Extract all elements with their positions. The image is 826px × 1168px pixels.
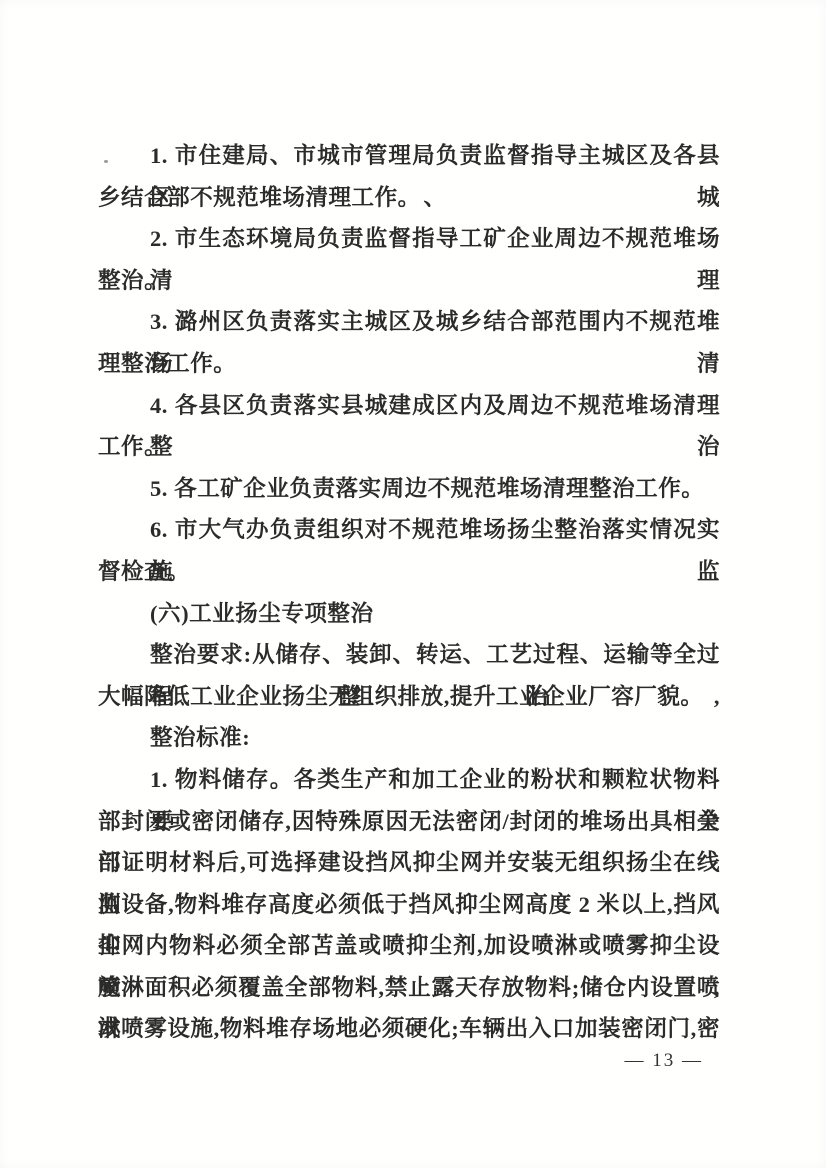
scanned-document-page: 1. 市住建局、市城市管理局负责监督指导主城区及各县区、城乡结合部不规范堆场清理… — [0, 0, 826, 1168]
text-line-item6-line1: 6. 市大气办负责组织对不规范堆场扬尘整治落实情况实施监 — [98, 509, 720, 551]
bold-segment: (六)工业扬尘专项整治 — [150, 601, 374, 626]
text-segment: 6. 市大气办负责组织对不规范堆场扬尘整治落实情况实施监 — [150, 517, 720, 584]
text-line-standard1-line3: 门证明材料后,可选择建设挡风抑尘网并安装无组织扬尘在线监 — [98, 842, 720, 884]
text-line-standard1-line2: 部封闭或密闭储存,因特殊原因无法密闭/封闭的堆场出具相关部 — [98, 801, 720, 843]
text-segment: 理整治工作。 — [98, 351, 236, 376]
bold-segment: 整治要求: — [150, 642, 252, 667]
text-segment: 或喷雾设施,物料堆存场地必须硬化;车辆出入口加装密闭门,密 — [98, 1016, 720, 1041]
text-segment: 4. 各县区负责落实县城建成区内及周边不规范堆场清理整治 — [150, 393, 720, 460]
text-segment: 5. 各工矿企业负责落实周边不规范堆场清理整治工作。 — [150, 476, 704, 501]
text-line-standard1-line1: 1. 物料储存。各类生产和加工企业的粉状和颗粒状物料要全 — [98, 759, 720, 801]
text-segment: 整治。 — [98, 268, 167, 293]
text-line-requirement-line1: 整治要求:从储存、装卸、转运、工艺过程、运输等全过程整治, — [98, 634, 720, 676]
text-line-standard1-line6: 喷淋面积必须覆盖全部物料,禁止露天存放物料;储仓内设置喷淋 — [98, 967, 720, 1009]
text-line-section-heading: (六)工业扬尘专项整治 — [98, 593, 720, 635]
text-segment: 督检查。 — [98, 559, 190, 584]
text-segment: 乡结合部不规范堆场清理工作。 — [98, 185, 421, 210]
text-line-standard1-line4: 测设备,物料堆存高度必须低于挡风抑尘网高度 2 米以上,挡风抑 — [98, 884, 720, 926]
text-segment: 工作。 — [98, 434, 167, 459]
text-line-standard-heading: 整治标准: — [98, 717, 720, 759]
text-line-requirement-line2: 大幅降低工业企业扬尘无组织排放,提升工业企业厂容厂貌。 — [98, 676, 720, 718]
text-line-item4-line1: 4. 各县区负责落实县城建成区内及周边不规范堆场清理整治 — [98, 385, 720, 427]
page-number: — 13 — — [625, 1050, 704, 1072]
document-body: 1. 市住建局、市城市管理局负责监督指导主城区及各县区、城乡结合部不规范堆场清理… — [98, 135, 720, 1050]
text-segment: 2. 市生态环境局负责监督指导工矿企业周边不规范堆场清理 — [150, 226, 720, 293]
text-line-item2-line1: 2. 市生态环境局负责监督指导工矿企业周边不规范堆场清理 — [98, 218, 720, 260]
text-line-item5-line1: 5. 各工矿企业负责落实周边不规范堆场清理整治工作。 — [98, 468, 720, 510]
text-segment: 大幅降低工业企业扬尘无组织排放,提升工业企业厂容厂貌。 — [98, 684, 703, 709]
bold-segment: 1. 物料储存。 — [150, 767, 294, 792]
text-line-item1-line1: 1. 市住建局、市城市管理局负责监督指导主城区及各县区、城 — [98, 135, 720, 177]
text-line-standard1-line7: 或喷雾设施,物料堆存场地必须硬化;车辆出入口加装密闭门,密 — [98, 1008, 720, 1050]
text-line-standard1-line5: 尘网内物料必须全部苫盖或喷抑尘剂,加设喷淋或喷雾抑尘设施, — [98, 925, 720, 967]
bold-segment: 整治标准: — [150, 725, 250, 750]
text-line-item3-line1: 3. 潞州区负责落实主城区及城乡结合部范围内不规范堆场清 — [98, 301, 720, 343]
